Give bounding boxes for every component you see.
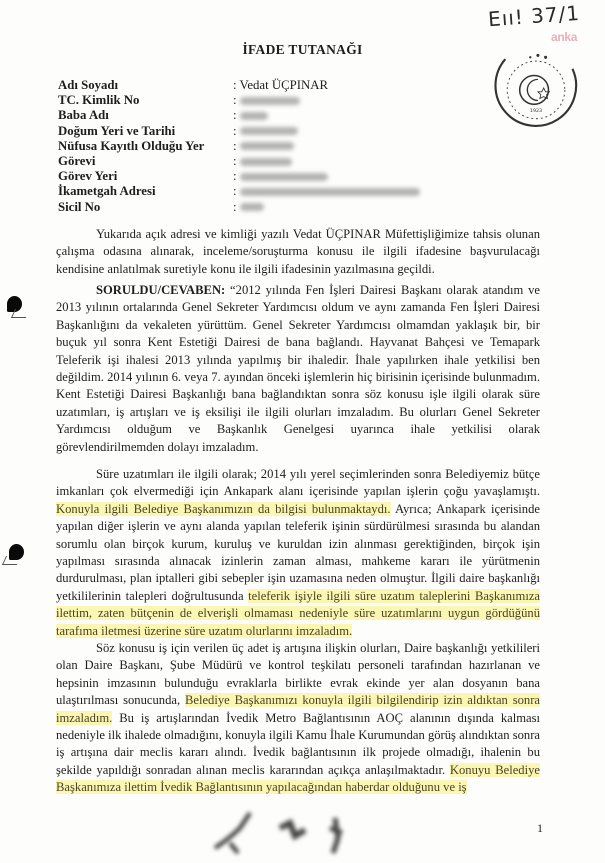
redacted-field-value: : (233, 184, 420, 199)
redacted-field-value: : (233, 124, 298, 139)
redaction-blur (240, 173, 328, 181)
field-value-text: : (233, 154, 237, 169)
redacted-field-value: : (233, 93, 300, 108)
field-row: İkametgah Adresi: (58, 184, 420, 199)
personal-info-fields: Adı Soyadı: Vedat ÜÇPINARTC. Kimlik No:B… (58, 78, 420, 215)
field-value: : Vedat ÜÇPINAR (233, 78, 328, 93)
field-row: Nüfusa Kayıtlı Olduğu Yer: (58, 139, 420, 154)
field-value-text: : (233, 93, 237, 108)
field-label: Doğum Yeri ve Tarihi (58, 124, 233, 139)
field-row: Görev Yeri: (58, 169, 420, 184)
intro-text: Yukarıda açık adresi ve kimliği yazılı V… (56, 226, 540, 278)
statement-paragraph-3: Söz konusu iş için verilen üç adet iş ar… (56, 640, 540, 797)
document-page: Eıı! 37/1 anka 1923 İFADE TUTANAĞI Adı S… (0, 0, 605, 863)
field-row: Baba Adı: (58, 108, 420, 123)
statement-text-2b: Ayrıca; Ankapark içerisinde yapılan diğe… (56, 502, 540, 603)
redaction-blur (240, 203, 264, 211)
hole-punch-tear-bottom (2, 556, 21, 565)
field-value-text: : (233, 124, 237, 139)
statement-paragraph-1: SORULDU/CEVABEN: “2012 yılında Fen İşler… (56, 282, 540, 456)
field-value-text: : (233, 184, 237, 199)
hole-punch-tear-top (11, 309, 30, 318)
field-label: Sicil No (58, 200, 233, 215)
field-value-text: : (233, 169, 237, 184)
field-label: Nüfusa Kayıtlı Olduğu Yer (58, 139, 233, 154)
redacted-field-value: : (233, 108, 268, 123)
statement-text-1: “2012 yılında Fen İşleri Dairesi Başkanı… (56, 283, 540, 454)
redaction-blur (240, 142, 294, 150)
field-row: Doğum Yeri ve Tarihi: (58, 124, 420, 139)
field-row: Görevi: (58, 154, 420, 169)
handwritten-document-number: Eıı! 37/1 (487, 1, 580, 31)
field-value-text: : (233, 200, 237, 215)
statement-paragraph-2: Süre uzatımları ile ilgili olarak; 2014 … (56, 466, 540, 640)
blurred-signatures-icon (200, 808, 380, 858)
field-label: İkametgah Adresi (58, 184, 233, 199)
question-answer-label: SORULDU/CEVABEN: (96, 283, 225, 297)
field-value-text: : Vedat ÜÇPINAR (233, 78, 328, 93)
field-label: Görev Yeri (58, 169, 233, 184)
page-number: 1 (537, 821, 543, 836)
field-label: Görevi (58, 154, 233, 169)
svg-text:1923: 1923 (530, 108, 542, 114)
field-row: Adı Soyadı: Vedat ÜÇPINAR (58, 78, 420, 93)
field-label: Adı Soyadı (58, 78, 233, 93)
redacted-field-value: : (233, 169, 328, 184)
redaction-blur (240, 158, 292, 166)
statement-text-2a: Süre uzatımları ile ilgili olarak; 2014 … (56, 467, 540, 498)
field-value-text: : (233, 139, 237, 154)
field-label: Baba Adı (58, 108, 233, 123)
field-row: TC. Kimlik No: (58, 93, 420, 108)
redaction-blur (240, 127, 298, 135)
redaction-blur (240, 112, 268, 120)
field-row: Sicil No: (58, 200, 420, 215)
redacted-field-value: : (233, 154, 292, 169)
redaction-blur (240, 188, 420, 196)
document-title: İFADE TUTANAĞI (0, 42, 605, 58)
highlighted-text: Konuyla ilgili Belediye Başkanımızın da … (56, 502, 391, 516)
redaction-blur (240, 97, 300, 105)
intro-paragraph: Yukarıda açık adresi ve kimliği yazılı V… (56, 226, 540, 278)
field-label: TC. Kimlik No (58, 93, 233, 108)
redacted-field-value: : (233, 139, 294, 154)
field-value-text: : (233, 108, 237, 123)
redacted-field-value: : (233, 200, 264, 215)
